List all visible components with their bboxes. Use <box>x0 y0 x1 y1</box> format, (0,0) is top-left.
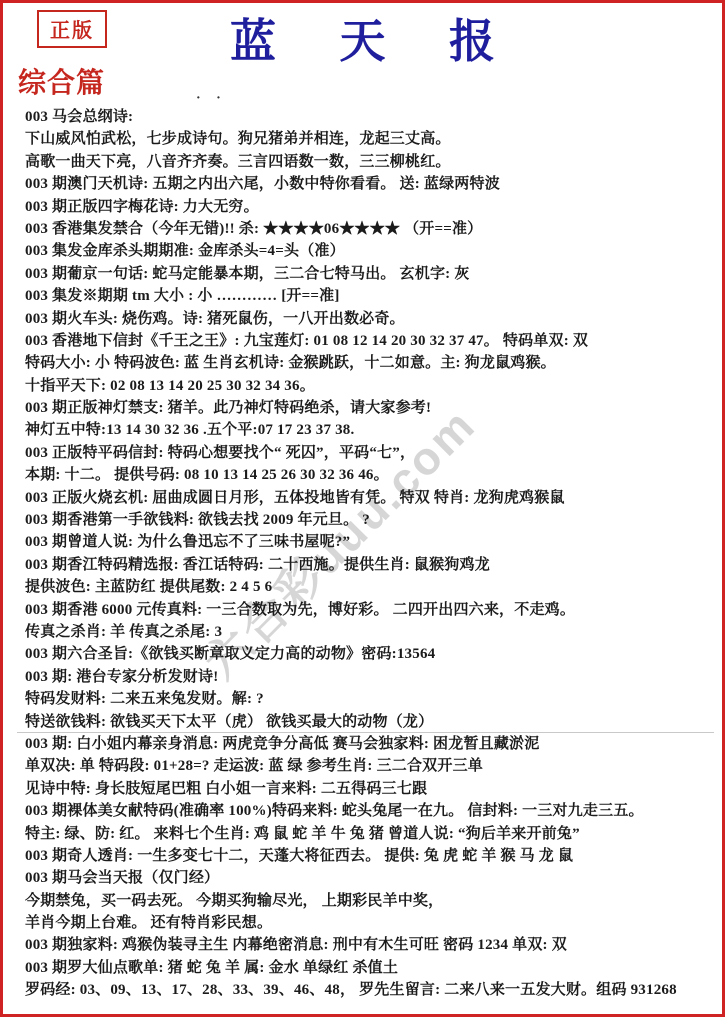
report-line: 003 期葡京一句话: 蛇马定能暴本期，三二合七特马出。 玄机字: 灰 <box>25 263 717 285</box>
report-line: 003 期裸体美女献特码(准确率 100%)特码来料: 蛇头兔尾一在九。 信封料… <box>25 800 717 822</box>
report-line: 特码大小: 小 特码波色: 蓝 生肖玄机诗: 金猴跳跃，十二如意。主: 狗龙鼠鸡… <box>25 352 717 374</box>
report-line: 003 集发※期期 tm 大小 : 小 ………… [开==准] <box>25 285 717 307</box>
report-line: 单双决: 单 特码段: 01+28=? 走运波: 蓝 绿 参考生肖: 三二合双开… <box>25 755 717 777</box>
report-line: 传真之杀肖: 羊 传真之杀尾: 3 <box>25 621 717 643</box>
report-line: 003 期奇人透肖: 一生多变七十二，天蓬大将征西去。 提供: 兔 虎 蛇 羊 … <box>25 845 717 867</box>
report-line: 见诗中特: 身长肢短尾巴粗 白小姐一言来料: 二五得码三七跟 <box>25 778 717 800</box>
report-line: 今期禁兔，买一码去死。 今期买狗输尽光， 上期彩民羊中奖， <box>25 890 717 912</box>
report-line: 003 期澳门天机诗: 五期之内出六尾，小数中特你看看。 送: 蓝绿两特波 <box>25 173 717 195</box>
report-line: 003 正版火烧玄机: 屈曲成圆日月形，五体投地皆有凭。 特双 特肖: 龙狗虎鸡… <box>25 487 717 509</box>
page-title: 蓝 天 报 <box>3 5 722 71</box>
report-line: 003 期香江特码精选报: 香江话特码: 二十西施。提供生肖: 鼠猴狗鸡龙 <box>25 554 717 576</box>
report-line: 003 期马会当天报（仅门经） <box>25 867 717 889</box>
report-line: 003 期: 港台专家分析发财诗! <box>25 666 717 688</box>
report-line: 羊肖今期上台难。 还有特肖彩民想。 <box>25 912 717 934</box>
report-line: 003 马会总纲诗: <box>25 106 717 128</box>
report-line: 003 期罗大仙点歌单: 猪 蛇 兔 羊 属: 金水 单绿红 杀值土 <box>25 957 717 979</box>
report-line: 003 期正版四字梅花诗: 力大无穷。 <box>25 196 717 218</box>
lottery-report-page: 正版 蓝 天 报 综合篇 · · 六合彩uuu.com 003 马会总纲诗: 下… <box>0 0 725 1017</box>
report-line: 003 期曾道人说: 为什么鲁迅忘不了三味书屋呢?” <box>25 531 717 553</box>
report-line: 高歌一曲天下亮，八音齐齐奏。三言四语数一数，三三柳桃红。 <box>25 151 717 173</box>
report-line: 003 香港地下信封《千王之王》: 九宝莲灯: 01 08 12 14 20 3… <box>25 330 717 352</box>
report-line: 003 期香港 6000 元传真料: 一三合数取为先，博好彩。 二四开出四六来，… <box>25 599 717 621</box>
report-body: 003 马会总纲诗: 下山威风怕武松，七步成诗句。狗兄猪弟并相连，龙起三丈高。 … <box>25 106 717 1002</box>
horizontal-divider <box>17 732 714 733</box>
report-line: 特码发财料: 二来五来兔发财。解: ? <box>25 688 717 710</box>
stray-dots: · · <box>196 91 227 107</box>
report-line: 003 期独家料: 鸡猴伪装寻主生 内幕绝密消息: 刑中有木生可旺 密码 123… <box>25 934 717 956</box>
report-line: 特主: 绿、防: 红。 来料七个生肖: 鸡 鼠 蛇 羊 牛 兔 猪 曾道人说: … <box>25 823 717 845</box>
report-line: 003 期正版神灯禁支: 猪羊。此乃神灯特码绝杀，请大家参考! <box>25 397 717 419</box>
section-heading: 综合篇 <box>18 61 105 101</box>
report-line: 十指平天下: 02 08 13 14 20 25 30 32 34 36。 <box>25 375 717 397</box>
report-line: 003 期香港第一手欲钱料: 欲钱去找 2009 年元旦。 ? <box>25 509 717 531</box>
report-line: 003 正版特平码信封: 特码心想要找个“ 死囚”，平码“七”， <box>25 442 717 464</box>
report-line: 003 集发金库杀头期期准: 金库杀头=4=头（准） <box>25 240 717 262</box>
report-line: 003 香港集发禁合（今年无错)!! 杀: ★★★★06★★★★ （开==准） <box>25 218 717 240</box>
report-line: 下山威风怕武松，七步成诗句。狗兄猪弟并相连，龙起三丈高。 <box>25 128 717 150</box>
report-line: 003 期: 白小姐内幕亲身消息: 两虎竞争分高低 赛马会独家料: 困龙暂且藏淤… <box>25 733 717 755</box>
report-line: 003 期六合圣旨:《欲钱买断章取义定力高的动物》密码:13564 <box>25 643 717 665</box>
report-line: 提供波色: 主蓝防红 提供尾数: 2 4 5 6 <box>25 576 717 598</box>
report-line: 003 期火车头: 烧伤鸡。诗: 猪死鼠伤，一八开出数必奇。 <box>25 308 717 330</box>
report-line: 本期: 十二。 提供号码: 08 10 13 14 25 26 30 32 36… <box>25 464 717 486</box>
report-line: 神灯五中特:13 14 30 32 36 .五个平:07 17 23 37 38… <box>25 419 717 441</box>
report-line: 罗码经: 03、09、13、17、28、33、39、46、48， 罗先生留言: … <box>25 979 717 1001</box>
report-line: 特送欲钱料: 欲钱买天下太平（虎） 欲钱买最大的动物（龙） <box>25 711 717 733</box>
